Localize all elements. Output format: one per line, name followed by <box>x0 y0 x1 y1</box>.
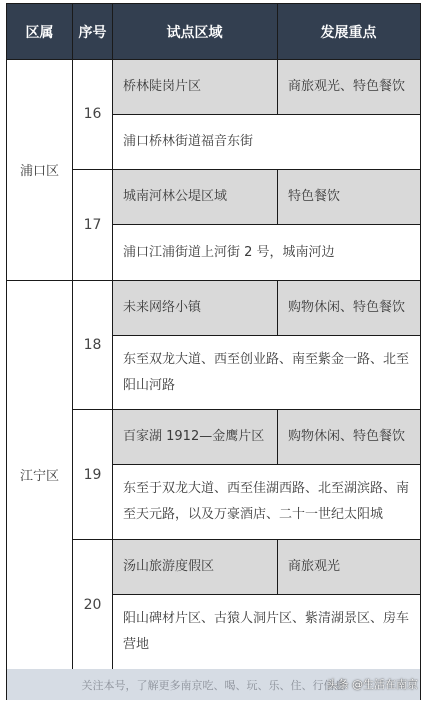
divider <box>277 4 278 59</box>
row-number: 17 <box>73 170 112 280</box>
development-focus: 购物休闲、特色餐饮 <box>278 281 420 335</box>
district-cell-jiangning: 江宁区 <box>7 280 72 669</box>
divider <box>277 281 278 335</box>
divider <box>7 59 420 60</box>
district-cell-pukou: 浦口区 <box>7 59 72 280</box>
divider <box>72 4 73 669</box>
divider <box>72 539 420 540</box>
development-focus: 特色餐饮 <box>278 170 420 224</box>
development-focus: 商旅观光 <box>278 540 420 594</box>
divider <box>112 4 113 669</box>
development-focus: 商旅观光、特色餐饮 <box>278 59 420 114</box>
divider <box>277 540 278 594</box>
watermark: 头条 @生活在南京 <box>327 676 419 692</box>
pilot-area-table: 区属 序号 试点区域 发展重点 浦口区 江宁区 16 桥林陡岗片区 商旅观光、特… <box>6 3 421 700</box>
divider <box>277 410 278 464</box>
header-district: 区属 <box>7 4 72 59</box>
divider <box>112 224 420 225</box>
area-location: 浦口江浦街道上河街 2 号，城南河边 <box>113 225 420 280</box>
area-name: 桥林陡岗片区 <box>113 59 277 114</box>
header-number: 序号 <box>73 4 112 59</box>
divider <box>7 280 420 281</box>
divider <box>72 169 420 170</box>
row-number: 19 <box>73 410 112 539</box>
divider <box>277 59 278 114</box>
header-focus: 发展重点 <box>277 4 420 59</box>
row-number: 18 <box>73 281 112 409</box>
area-location: 阳山碑材片区、古猿人洞片区、紫清湖景区、房车营地 <box>113 595 420 669</box>
area-location: 浦口桥林街道福音东街 <box>113 115 420 169</box>
divider <box>277 170 278 224</box>
area-name: 未来网络小镇 <box>113 281 277 335</box>
divider <box>112 594 420 595</box>
header-area: 试点区域 <box>113 4 276 59</box>
area-location: 东至双龙大道、西至创业路、南至紫金一路、北至阳山河路 <box>113 336 420 409</box>
area-location: 东至于双龙大道、西至佳湖西路、北至湖滨路、南至天元路，以及万豪酒店、二十一世纪太… <box>113 465 420 539</box>
divider <box>72 409 420 410</box>
area-name: 城南河林公堤区域 <box>113 170 277 224</box>
divider <box>112 114 420 115</box>
divider <box>112 335 420 336</box>
row-number: 20 <box>73 540 112 669</box>
area-name: 百家湖 1912—金鹰片区 <box>113 410 277 464</box>
divider <box>112 464 420 465</box>
row-number: 16 <box>73 59 112 169</box>
area-name: 汤山旅游度假区 <box>113 540 277 594</box>
table-header: 区属 序号 试点区域 发展重点 <box>7 4 420 59</box>
development-focus: 购物休闲、特色餐饮 <box>278 410 420 464</box>
footer-text: 关注本号，了解更多南京吃、喝、玩、乐、住、行信息 <box>82 677 346 693</box>
